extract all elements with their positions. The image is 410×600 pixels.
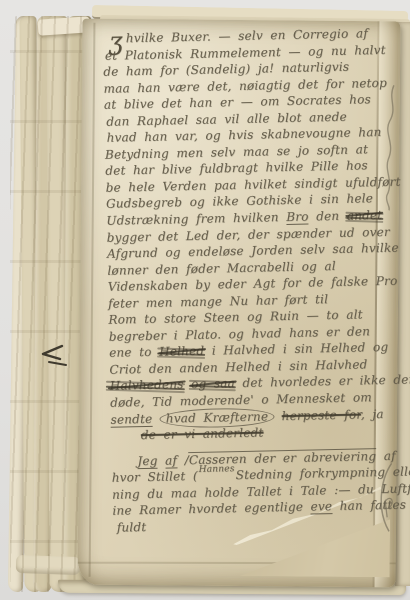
manuscript-page: ʒhvilke Buxer. — selv en Corregio afet P… — [78, 19, 401, 588]
page-edge-strip — [19, 16, 41, 592]
manuscript-text: ʒhvilke Buxer. — selv en Corregio afet P… — [102, 25, 405, 536]
handwriting-segment: den — [308, 209, 346, 224]
crease-line — [89, 23, 95, 577]
handwriting-segment: , ja — [361, 407, 384, 421]
handwriting-segment: de er vi anderledt — [141, 426, 264, 443]
handwriting-segment: ine Ramer hvordet egentlige — [112, 500, 310, 518]
handwriting-segment: fuldt — [117, 520, 147, 535]
handwriting-segment: Hannes — [199, 464, 235, 475]
handwriting-segment: Helhed — [159, 343, 204, 360]
handwriting-segment: / — [177, 453, 189, 467]
handwriting-segment: af — [165, 453, 177, 468]
handwriting-segment: Udstrækning frem hvilken — [106, 210, 286, 228]
handwriting-segment: andet — [347, 207, 383, 224]
handwriting-segment — [157, 453, 165, 467]
handwriting-segment: Jeg — [137, 453, 158, 468]
handwriting-segment: Halvhedens — [110, 377, 184, 395]
handwriting-segment: det hvorledes er ikke den — [235, 373, 410, 391]
handwriting-segment: eve — [310, 499, 332, 514]
pencil-curve-icon — [375, 461, 398, 551]
margin-check-icon — [40, 344, 68, 368]
handwriting-segment: hvor Stillet ( — [112, 469, 198, 485]
handwriting-segment: sendte — [110, 411, 152, 427]
page-edge-strip — [8, 16, 31, 592]
pencil-squiggle-icon — [379, 81, 402, 211]
handwriting-segment: ene to — [109, 345, 159, 360]
handwriting-segment: Bro — [286, 210, 309, 225]
page-edge-strip — [46, 16, 70, 592]
handwriting-segment: og saa — [191, 376, 235, 393]
page-edge-strip — [33, 16, 55, 592]
notebook-scan: ʒhvilke Buxer. — selv en Corregio afet P… — [0, 0, 410, 600]
torn-paper-tab — [16, 555, 81, 575]
handwriting-segment: herpeste for — [282, 407, 362, 423]
